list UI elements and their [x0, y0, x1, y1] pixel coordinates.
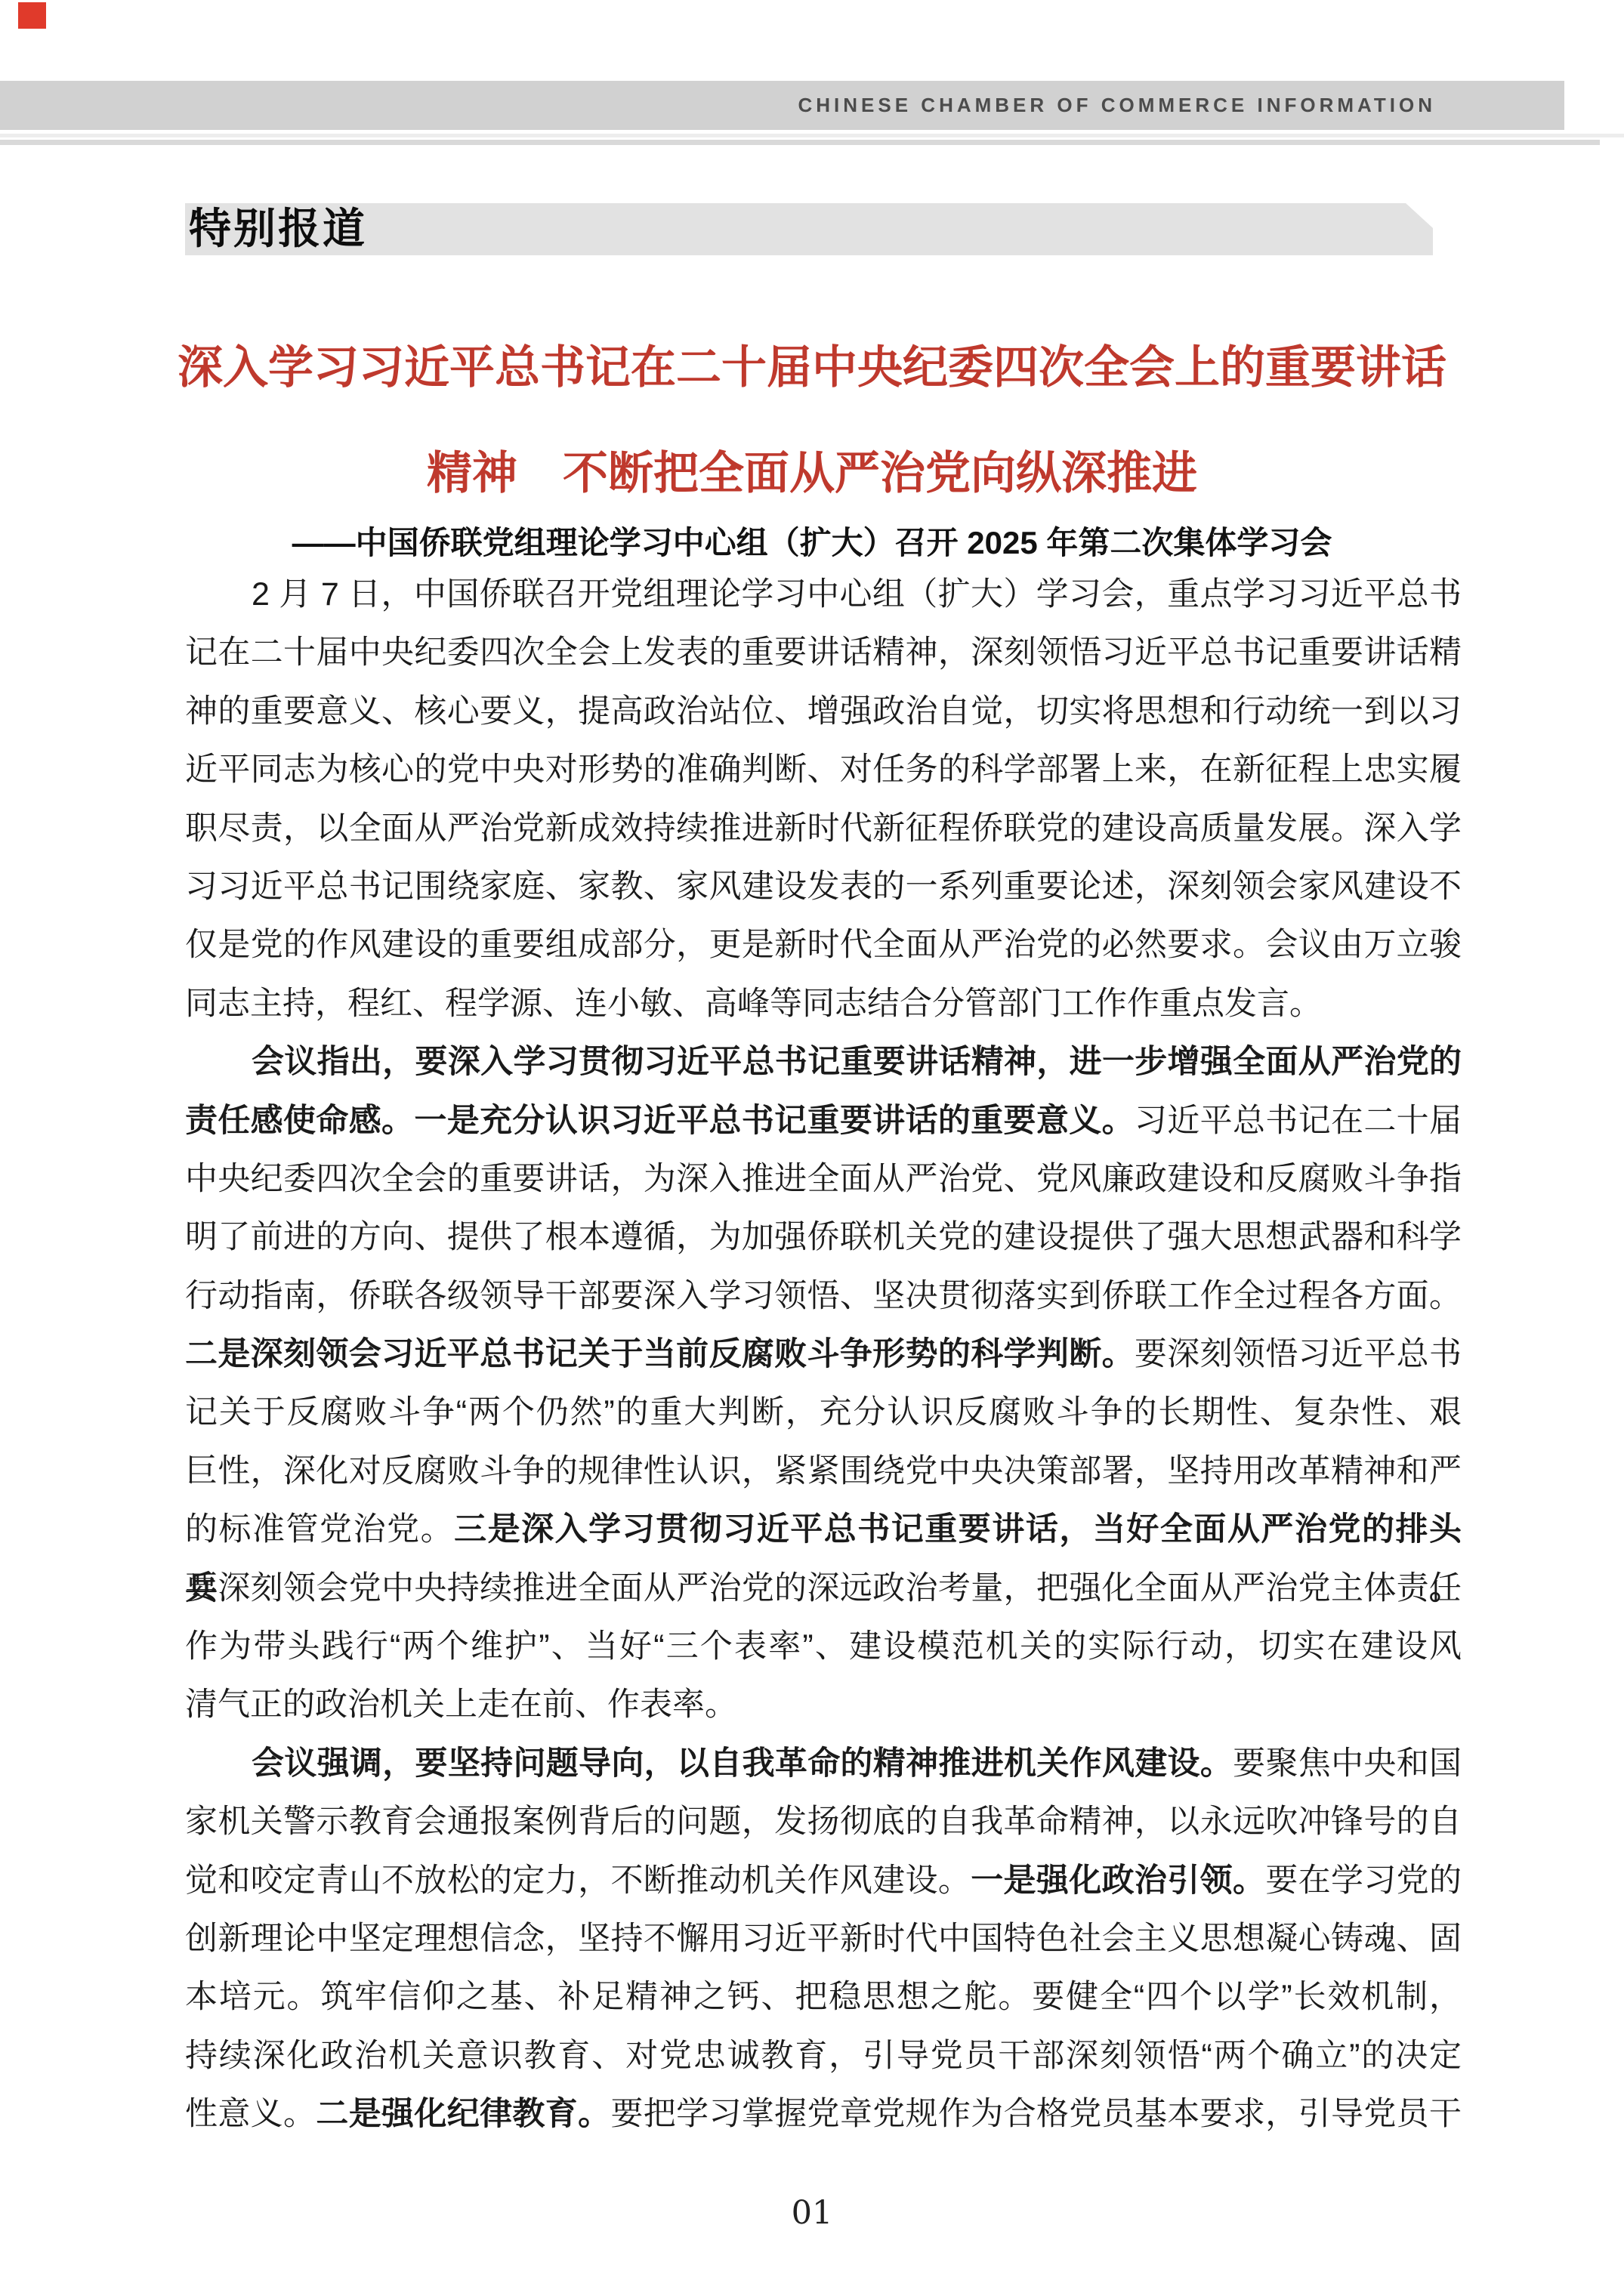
body-line: 巨性，深化对反腐败斗争的规律性认识，紧紧围绕党中央决策部署，坚持用改革精神和严 [185, 1443, 1462, 1501]
page-number: 01 [0, 2195, 1624, 2231]
body-text-segment: 职尽责，以全面从严治党新成效持续推进新时代新征程侨联党的建设高质量发展。深入学 [185, 810, 1462, 847]
body-text-segment: 作为带头践行“两个维护”、当好“三个表率”、建设模范机关的实际行动，切实在建设风 [185, 1628, 1462, 1665]
body-line: 作为带头践行“两个维护”、当好“三个表率”、建设模范机关的实际行动，切实在建设风 [185, 1618, 1462, 1676]
body-line: 明了前进的方向、提供了根本遵循，为加强侨联机关党的建设提供了强大思想武器和科学 [185, 1208, 1462, 1267]
body-text-segment: 要把学习掌握党章党规作为合格党员基本要求，引导党员干 [610, 2096, 1462, 2132]
article-title-line1: 深入学习习近平总书记在二十届中央纪委四次全会上的重要讲话 [174, 325, 1450, 411]
body-text-segment: 记在二十届中央纪委四次全会上发表的重要讲话精神，深刻领悟习近平总书记重要讲话精 [185, 634, 1462, 671]
body-text-segment: 习近平总书记在二十届 [1135, 1103, 1462, 1139]
body-text-bold-segment: 二是强化纪律教育。 [316, 2096, 610, 2132]
body-line: 记关于反腐败斗争“两个仍然”的重大判断，充分认识反腐败斗争的长期性、复杂性、艰 [185, 1384, 1462, 1442]
body-text-segment: 近平同志为核心的党中央对形势的准确判断、对任务的科学部署上来，在新征程上忠实履 [185, 751, 1462, 788]
body-line: 觉和咬定青山不放松的定力，不断推动机关作风建设。一是强化政治引领。要在学习党的 [185, 1852, 1462, 1910]
body-text-segment: 本培元。筑牢信仰之基、补足精神之钙、把稳思想之舵。要健全“四个以学”长效机制， [185, 1979, 1462, 2015]
body-line: 2 月 7 日，中国侨联召开党组理论学习中心组（扩大）学习会，重点学习习近平总书 [185, 566, 1462, 624]
body-text-segment: 中央纪委四次全会的重要讲话，为深入推进全面从严治党、党风廉政建设和反腐败斗争指 [185, 1161, 1462, 1197]
header-banner-text: CHINESE CHAMBER OF COMMERCE INFORMATION [0, 81, 1564, 130]
body-text-segment: 创新理论中坚定理想信念，坚持不懈用习近平新时代中国特色社会主义思想凝心铸魂、固 [185, 1921, 1462, 1957]
body-line: 中央纪委四次全会的重要讲话，为深入推进全面从严治党、党风廉政建设和反腐败斗争指 [185, 1150, 1462, 1208]
body-line: 清气正的政治机关上走在前、作表率。 [185, 1676, 1462, 1734]
body-line: 性意义。二是强化纪律教育。要把学习掌握党章党规作为合格党员基本要求，引导党员干 [185, 2085, 1462, 2143]
body-text-bold-segment: 会议指出，要深入学习贯彻习近平总书记重要讲话精神，进一步增强全面从严治党的 [252, 1044, 1462, 1080]
body-line: 会议指出，要深入学习贯彻习近平总书记重要讲话精神，进一步增强全面从严治党的 [185, 1033, 1462, 1091]
section-header-band: 特别报道 [185, 203, 1433, 255]
body-text-bold-segment: 一是强化政治引领。 [971, 1862, 1265, 1899]
body-line: 要深刻领会党中央持续推进全面从严治党的深远政治考量，把强化全面从严治党主体责任 [185, 1560, 1462, 1618]
body-text-segment: 持续深化政治机关意识教育、对党忠诚教育，引导党员干部深刻领悟“两个确立”的决定 [185, 2038, 1462, 2074]
body-text-segment: 同志主持，程红、程学源、连小敏、高峰等同志结合分管部门工作作重点发言。 [185, 986, 1322, 1022]
document-page: CHINESE CHAMBER OF COMMERCE INFORMATION … [0, 0, 1624, 2293]
body-text-segment: 行动指南，侨联各级领导干部要深入学习领悟、坚决贯彻落实到侨联工作全过程各方面。 [185, 1278, 1462, 1314]
body-line: 近平同志为核心的党中央对形势的准确判断、对任务的科学部署上来，在新征程上忠实履 [185, 741, 1462, 799]
body-line: 行动指南，侨联各级领导干部要深入学习领悟、坚决贯彻落实到侨联工作全过程各方面。 [185, 1267, 1462, 1325]
body-text-segment: 要在学习党的 [1265, 1862, 1462, 1899]
body-text-segment: 要深刻领悟习近平总书 [1135, 1336, 1462, 1372]
body-text-bold-segment: 二是深刻领会习近平总书记关于当前反腐败斗争形势的科学判断。 [185, 1336, 1135, 1372]
body-text-segment: 性意义。 [185, 2096, 316, 2132]
body-text-segment: 的标准管党治党。 [185, 1511, 454, 1548]
body-text-segment: 巨性，深化对反腐败斗争的规律性认识，紧紧围绕党中央决策部署，坚持用改革精神和严 [185, 1453, 1462, 1489]
body-text-segment: 习习近平总书记围绕家庭、家教、家风建设发表的一系列重要论述，深刻领会家风建设不 [185, 869, 1462, 905]
body-line: 二是深刻领会习近平总书记关于当前反腐败斗争形势的科学判断。要深刻领悟习近平总书 [185, 1325, 1462, 1384]
body-text-segment: 觉和咬定青山不放松的定力，不断推动机关作风建设。 [185, 1862, 971, 1899]
section-title: 特别报道 [185, 203, 1433, 255]
body-text-segment: 记关于反腐败斗争“两个仍然”的重大判断，充分认识反腐败斗争的长期性、复杂性、艰 [185, 1394, 1462, 1430]
body-line: 习习近平总书记围绕家庭、家教、家风建设发表的一系列重要论述，深刻领会家风建设不 [185, 858, 1462, 916]
body-text-segment: 神的重要意义、核心要义，提高政治站位、增强政治自觉，切实将思想和行动统一到以习 [185, 693, 1462, 730]
body-line: 的标准管党治党。三是深入学习贯彻习近平总书记重要讲话，当好全面从严治党的排头兵。 [185, 1501, 1462, 1559]
body-line: 记在二十届中央纪委四次全会上发表的重要讲话精神，深刻领悟习近平总书记重要讲话精 [185, 624, 1462, 682]
body-text-segment: 要深刻领会党中央持续推进全面从严治党的深远政治考量，把强化全面从严治党主体责任 [185, 1570, 1462, 1606]
body-text-bold-segment: 会议强调，要坚持问题导向，以自我革命的精神推进机关作风建设。 [252, 1745, 1233, 1782]
header-rule-bottom [0, 140, 1600, 145]
article-title-line2: 精神 不断把全面从严治党向纵深推进 [174, 431, 1450, 517]
body-line: 责任感使命感。一是充分认识习近平总书记重要讲话的重要意义。习近平总书记在二十届 [185, 1092, 1462, 1150]
body-line: 创新理论中坚定理想信念，坚持不懈用习近平新时代中国特色社会主义思想凝心铸魂、固 [185, 1910, 1462, 1968]
body-line: 会议强调，要坚持问题导向，以自我革命的精神推进机关作风建设。要聚焦中央和国 [185, 1735, 1462, 1793]
body-text-segment: 2 月 7 日，中国侨联召开党组理论学习中心组（扩大）学习会，重点学习习近平总书 [252, 576, 1462, 613]
body-line: 仅是党的作风建设的重要组成部分，更是新时代全面从严治党的必然要求。会议由万立骏 [185, 916, 1462, 974]
body-text-segment: 明了前进的方向、提供了根本遵循，为加强侨联机关党的建设提供了强大思想武器和科学 [185, 1219, 1462, 1255]
body-line: 家机关警示教育会通报案例背后的问题，发扬彻底的自我革命精神，以永远吹冲锋号的自 [185, 1793, 1462, 1851]
article-subtitle: ——中国侨联党组理论学习中心组（扩大）召开 2025 年第二次集体学习会 [174, 521, 1450, 565]
body-line: 神的重要意义、核心要义，提高政治站位、增强政治自觉，切实将思想和行动统一到以习 [185, 683, 1462, 741]
corner-red-mark [18, 2, 46, 29]
body-text-bold-segment: 责任感使命感。一是充分认识习近平总书记重要讲话的重要意义。 [185, 1103, 1135, 1139]
body-line: 职尽责，以全面从严治党新成效持续推进新时代新征程侨联党的建设高质量发展。深入学 [185, 800, 1462, 858]
body-text-segment: 要聚焦中央和国 [1233, 1745, 1462, 1782]
header-banner: CHINESE CHAMBER OF COMMERCE INFORMATION [0, 81, 1564, 130]
body-line: 本培元。筑牢信仰之基、补足精神之钙、把稳思想之舵。要健全“四个以学”长效机制， [185, 1968, 1462, 2026]
body-line: 同志主持，程红、程学源、连小敏、高峰等同志结合分管部门工作作重点发言。 [185, 975, 1462, 1033]
header-rule-top [0, 134, 1624, 137]
body-text-segment: 家机关警示教育会通报案例背后的问题，发扬彻底的自我革命精神，以永远吹冲锋号的自 [185, 1804, 1462, 1840]
article-body: 2 月 7 日，中国侨联召开党组理论学习中心组（扩大）学习会，重点学习习近平总书… [185, 566, 1462, 2144]
body-line: 持续深化政治机关意识教育、对党忠诚教育，引导党员干部深刻领悟“两个确立”的决定 [185, 2027, 1462, 2085]
body-text-segment: 仅是党的作风建设的重要组成部分，更是新时代全面从严治党的必然要求。会议由万立骏 [185, 927, 1462, 963]
body-text-segment: 清气正的政治机关上走在前、作表率。 [185, 1687, 737, 1723]
